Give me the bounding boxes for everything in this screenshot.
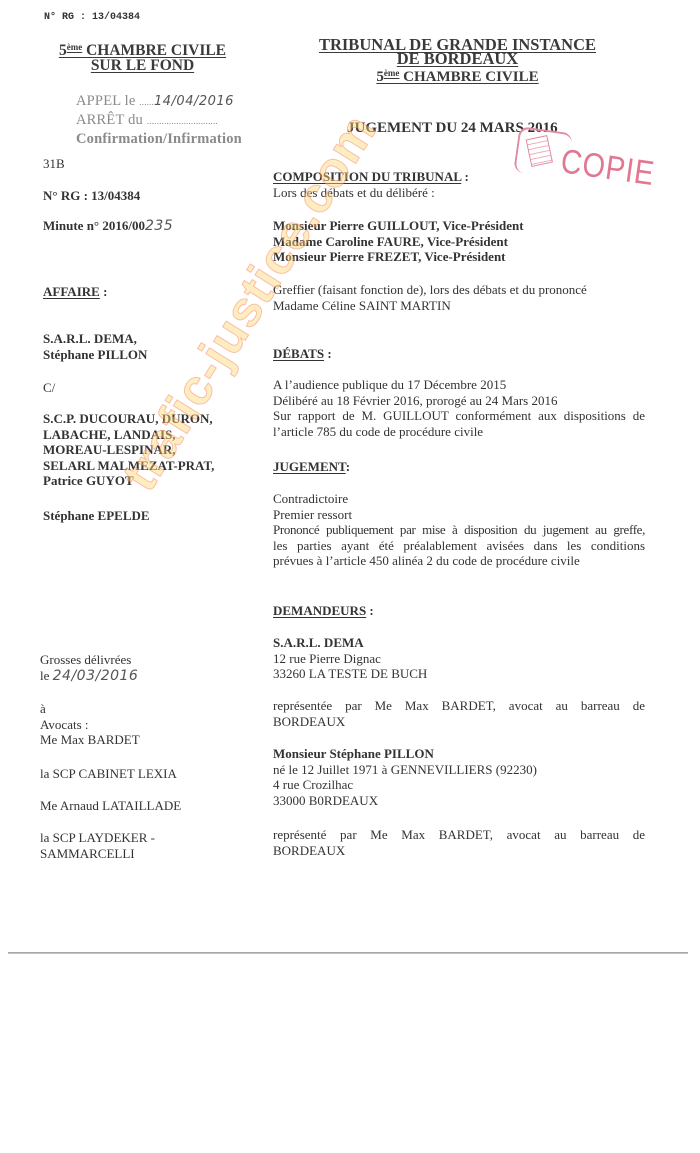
party-dema-representation: représentée par Me Max BARDET, avocat au… [273, 698, 645, 729]
arret-line: ARRÊT du ............................. [76, 111, 242, 130]
grosses-label: Grosses délivrées [40, 652, 138, 668]
member: Monsieur Pierre FREZET, Vice-Président [273, 249, 645, 265]
representation-line: BORDEAUX [273, 714, 645, 730]
party-address: 12 rue Pierre Dignac [273, 651, 645, 667]
case-code: 31B [43, 156, 65, 172]
avocat: Me Max BARDET [40, 732, 140, 748]
debats-heading: DÉBATS : [273, 346, 645, 362]
greffier-name: Madame Céline SAINT MARTIN [273, 298, 645, 314]
representation-line: représenté par Me Max BARDET, avocat au … [273, 827, 645, 843]
greffier-line: Greffier (faisant fonction de), lors des… [273, 282, 645, 298]
rg-number-top: N° RG : 13/04384 [44, 12, 140, 23]
debats-line: Délibéré au 18 Février 2016, prorogé au … [273, 393, 645, 409]
rg-number: N° RG : 13/04384 [43, 188, 140, 204]
party-pillon: Monsieur Stéphane PILLON né le 12 Juille… [273, 746, 645, 808]
jugement-line: les parties ayant été préalablement avis… [273, 538, 645, 554]
party-address: 33260 LA TESTE DE BUCH [273, 666, 645, 682]
jugement-line: prévues à l’article 450 alinéa 2 du code… [273, 553, 645, 569]
chamber-left-sub: SUR LE FOND [91, 57, 194, 74]
grosses-section: Grosses délivrées le 24/03/2016 [40, 652, 138, 684]
party-birth: né le 12 Juillet 1971 à GENNEVILLIERS (9… [273, 762, 645, 778]
appel-date-handwritten: 14/04/2016 [154, 94, 234, 109]
plaintiffs-list: S.A.R.L. DEMA, Stéphane PILLON [43, 331, 147, 362]
avocat: la SCP CABINET LEXIA [40, 766, 177, 782]
debats-line: A l’audience publique du 17 Décembre 201… [273, 377, 645, 393]
versus: C/ [43, 380, 55, 396]
party-address: 4 rue Crozilhac [273, 777, 645, 793]
party-name: S.A.R.L. DEMA [273, 635, 645, 651]
member: Madame Caroline FAURE, Vice-Président [273, 234, 645, 250]
representation-line: BORDEAUX [273, 843, 645, 859]
representation-line: représentée par Me Max BARDET, avocat au… [273, 698, 645, 714]
greffier: Greffier (faisant fonction de), lors des… [273, 282, 645, 313]
appel-line: APPEL le ......14/04/2016 [76, 92, 242, 111]
court-header: TRIBUNAL DE GRANDE INSTANCE DE BORDEAUX … [280, 38, 635, 84]
party-name: Monsieur Stéphane PILLON [273, 746, 645, 762]
party-dema: S.A.R.L. DEMA 12 rue Pierre Dignac 33260… [273, 635, 645, 682]
avocats-section: à Avocats : Me Max BARDET [40, 701, 140, 748]
a-label: à [40, 701, 140, 717]
minute-handwritten: 235 [145, 218, 173, 234]
jugement-heading: JUGEMENT: [273, 459, 645, 475]
confirmation-line: Confirmation/Infirmation [76, 130, 242, 148]
debats-line: Sur rapport de M. GUILLOUT conformément … [273, 408, 645, 424]
debats-line: l’article 785 du code de procédure civil… [273, 424, 645, 440]
plaintiff: S.A.R.L. DEMA, [43, 331, 147, 347]
grosses-date-handwritten: 24/03/2016 [53, 668, 139, 684]
avocat: Me Arnaud LATAILLADE [40, 798, 181, 814]
appeal-stamp: APPEL le ......14/04/2016 ARRÊT du .....… [76, 92, 242, 148]
debats-body: A l’audience publique du 17 Décembre 201… [273, 377, 645, 439]
page-end-rule [8, 952, 688, 954]
affaire-heading: AFFAIRE : [43, 284, 107, 300]
plaintiff: Stéphane PILLON [43, 347, 147, 363]
minute-number: Minute n° 2016/00235 [43, 218, 173, 235]
jugement-line: Prononcé publiquement par mise à disposi… [273, 522, 645, 538]
party-address: 33000 B0RDEAUX [273, 793, 645, 809]
demandeurs-heading: DEMANDEURS : [273, 603, 645, 619]
chamber-left-header: 5ème CHAMBRE CIVILE SUR LE FOND [40, 40, 245, 73]
avocat-line: la SCP LAYDEKER - [40, 830, 155, 846]
avocats-label: Avocats : [40, 717, 140, 733]
jugement-body: Contradictoire Premier ressort Prononcé … [273, 491, 645, 569]
jugement-line: Contradictoire [273, 491, 645, 507]
grosses-date-line: le 24/03/2016 [40, 668, 138, 685]
party-pillon-representation: représenté par Me Max BARDET, avocat au … [273, 827, 645, 858]
avocat-line: SAMMARCELLI [40, 846, 155, 862]
avocat-last: la SCP LAYDEKER - SAMMARCELLI [40, 830, 155, 861]
defendant-epelde: Stéphane EPELDE [43, 508, 150, 524]
jugement-line: Premier ressort [273, 507, 645, 523]
